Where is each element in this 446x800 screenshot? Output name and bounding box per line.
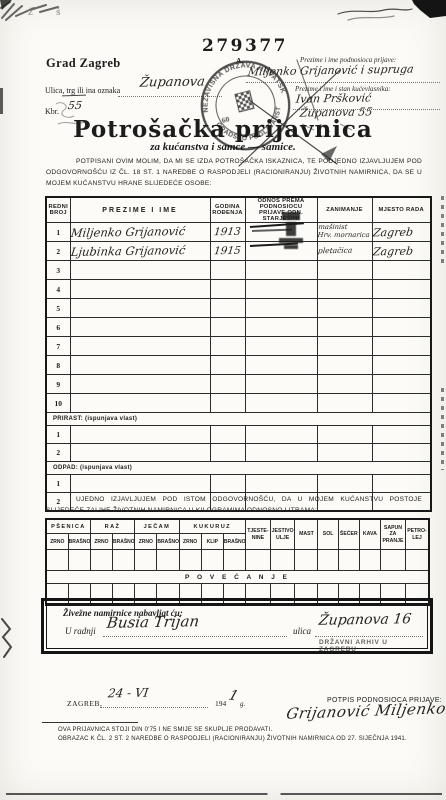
table-row: 2 <box>46 444 431 462</box>
table-row: 4 <box>46 280 431 299</box>
col-header-redni-broj: REDNI BROJ <box>46 197 70 223</box>
year-suffix: g. <box>240 700 245 708</box>
row-number: 6 <box>46 318 70 337</box>
col-kava: KAVA <box>359 519 380 550</box>
shop-handwritten-value: Busia Trijan <box>106 612 201 632</box>
bottom-scan-line <box>6 793 442 795</box>
supplies-table: PŠENICA RAŽ JEČAM KUKURUZ TJESTE- NINE J… <box>45 518 430 606</box>
supplies-group-header-row: PŠENICA RAŽ JEČAM KUKURUZ TJESTE- NINE J… <box>46 519 429 534</box>
year-handwritten-digit: 1 <box>227 688 241 705</box>
household-table: REDNI BROJ PREZIME I IME GODINA ROĐENJA … <box>45 196 432 512</box>
form-subtitle: za kućanstva i samce — samice. <box>0 141 446 153</box>
col-tjestenine: TJESTE- NINE <box>246 519 271 550</box>
sub-zrno: ZRNO <box>135 534 157 550</box>
odpad-section-row: ODPAD: (ispunjava vlast) <box>46 462 431 475</box>
year-handwritten: 1913 <box>213 226 241 238</box>
prirast-label: PRIRAST: (ispunjava vlast) <box>46 413 431 426</box>
signature-handwritten: Grijanović Miljenko <box>285 699 446 723</box>
sub-brasno: BRAŠNO <box>113 534 135 550</box>
row-number: 1 <box>46 223 70 242</box>
street-label: ulica <box>293 626 311 636</box>
col-header-zanimanje: ZANIMANJE <box>317 197 372 223</box>
table-row: 9 <box>46 375 431 394</box>
povecanje-label: P O V E Ć A N J E <box>46 571 429 584</box>
table-row: 5 <box>46 299 431 318</box>
col-header-godina: GODINA ROĐENJA <box>210 197 245 223</box>
perforation-dashes <box>441 388 444 470</box>
name-handwritten: Miljenko Grijanović <box>69 222 186 242</box>
table-row: 7 <box>46 337 431 356</box>
row-number: 5 <box>46 299 70 318</box>
col-header-mjesto-rada: MJESTO RADA <box>372 197 431 223</box>
edge-mark <box>0 88 3 114</box>
footnote-price: OVA PRIJAVNICA STOJI DIN 0'75 I NE SMIJE… <box>58 727 272 733</box>
name-handwritten: Ljubinka Grijanović <box>69 241 186 261</box>
supplies-empty-row <box>46 584 429 606</box>
edge-scribble <box>0 615 14 661</box>
dotted-line <box>103 635 287 637</box>
row-number: 3 <box>46 261 70 280</box>
sub-brasno: BRAŠNO <box>68 534 90 550</box>
place-label: ZAGREB, <box>67 699 102 708</box>
form-title: Potrošačka prijavnica <box>0 116 446 143</box>
col-petrolej: PETRO- LEJ <box>406 519 429 550</box>
group-jecam: JEČAM <box>135 519 179 534</box>
date-handwritten: 24 - VI <box>107 686 149 701</box>
workplace-handwritten: Zagreb <box>372 225 414 239</box>
city-label: Grad Zagreb <box>46 56 121 71</box>
sub-zrno: ZRNO <box>90 534 112 550</box>
group-kukuruz: KUKURUZ <box>179 519 246 534</box>
scanned-form-page: ž š 279377 Grad Zagreb Prezime i ime pod… <box>0 0 446 800</box>
footnote-regulation: OBRAZAC K ČL. 2 ST. 2 NAREDBE O RASPODJE… <box>58 736 407 742</box>
table-row: 2 Ljubinka Grijanović 1915 pletačica Zag… <box>46 242 431 261</box>
archive-stamp-text: DRŽAVNI ARHIV U ZAGREBU <box>319 639 427 653</box>
prirast-section-row: PRIRAST: (ispunjava vlast) <box>46 413 431 426</box>
occupation-handwritten: mašinist Hrv. mornarica <box>317 223 371 239</box>
table-row: 1 <box>46 475 431 493</box>
small-overlay-stamp <box>276 210 306 252</box>
sub-zrno: ZRNO <box>179 534 201 550</box>
sub-klip: KLIP <box>201 534 223 550</box>
row-number: 8 <box>46 356 70 375</box>
table-row: 8 <box>46 356 431 375</box>
torn-corner-scribble <box>0 0 74 24</box>
year-printed: 194 <box>215 699 226 708</box>
sub-zrno: ZRNO <box>46 534 68 550</box>
workplace-handwritten: Zagreb <box>372 244 414 258</box>
pencil-mark: ž <box>28 8 33 18</box>
dotted-line <box>100 706 208 708</box>
row-number: 1 <box>46 475 70 493</box>
group-psenica: PŠENICA <box>46 519 90 534</box>
street-label: Ulica, trg ili ina oznaka <box>45 86 120 95</box>
strike-mark <box>62 95 86 97</box>
supplies-paragraph: UJEDNO IZJAVLJUJEM POD ISTOM ODGOVORNOŠĆ… <box>46 494 422 516</box>
group-raz: RAŽ <box>90 519 134 534</box>
col-header-prezime-ime: PREZIME I IME <box>70 197 210 223</box>
year-handwritten: 1915 <box>213 245 241 257</box>
ink-blot-top-right <box>334 0 446 30</box>
perforation-dashes <box>441 196 444 268</box>
row-number: 4 <box>46 280 70 299</box>
odpad-label: ODPAD: (ispunjava vlast) <box>46 462 431 475</box>
col-jestivo-ulje: JESTIVO ULJE <box>270 519 295 550</box>
table-row: 3 <box>46 261 431 280</box>
table-row: 6 <box>46 318 431 337</box>
shop-label: U radnji <box>65 626 96 636</box>
sub-brasno: BRAŠNO <box>157 534 179 550</box>
purchase-box: Živežne namirnice nabavljat ću: U radnji… <box>46 603 428 649</box>
table-row: 1 Miljenko Grijanović 1913 mašinist Hrv.… <box>46 223 431 242</box>
table-row: 10 <box>46 394 431 413</box>
supplies-empty-row <box>46 550 429 571</box>
row-number: 7 <box>46 337 70 356</box>
row-number: 10 <box>46 394 70 413</box>
col-sapun: SAPUN ZA PRANJE <box>380 519 405 550</box>
povecanje-row: P O V E Ć A N J E <box>46 571 429 584</box>
pencil-mark: š <box>56 8 61 18</box>
row-number: 2 <box>46 242 70 261</box>
col-sol: SOL <box>318 519 338 550</box>
sub-brasno: BRAŠNO <box>223 534 245 550</box>
col-mast: MAST <box>295 519 318 550</box>
purchase-street-handwritten: Županova 16 <box>318 611 412 629</box>
row-number: 9 <box>46 375 70 394</box>
row-number: 1 <box>46 426 70 444</box>
occupation-handwritten: pletačica <box>317 246 353 256</box>
household-header-row: REDNI BROJ PREZIME I IME GODINA ROĐENJA … <box>46 197 431 223</box>
dotted-line <box>315 635 423 637</box>
footnote-rule <box>42 722 138 723</box>
serial-number: 279377 <box>185 36 305 56</box>
table-row: 1 <box>46 426 431 444</box>
row-number: 2 <box>46 444 70 462</box>
intro-paragraph: POTPISANI OVIM MOLIM, DA MI SE IZDA POTR… <box>46 156 422 190</box>
col-secer: ŠEĆER <box>338 519 359 550</box>
